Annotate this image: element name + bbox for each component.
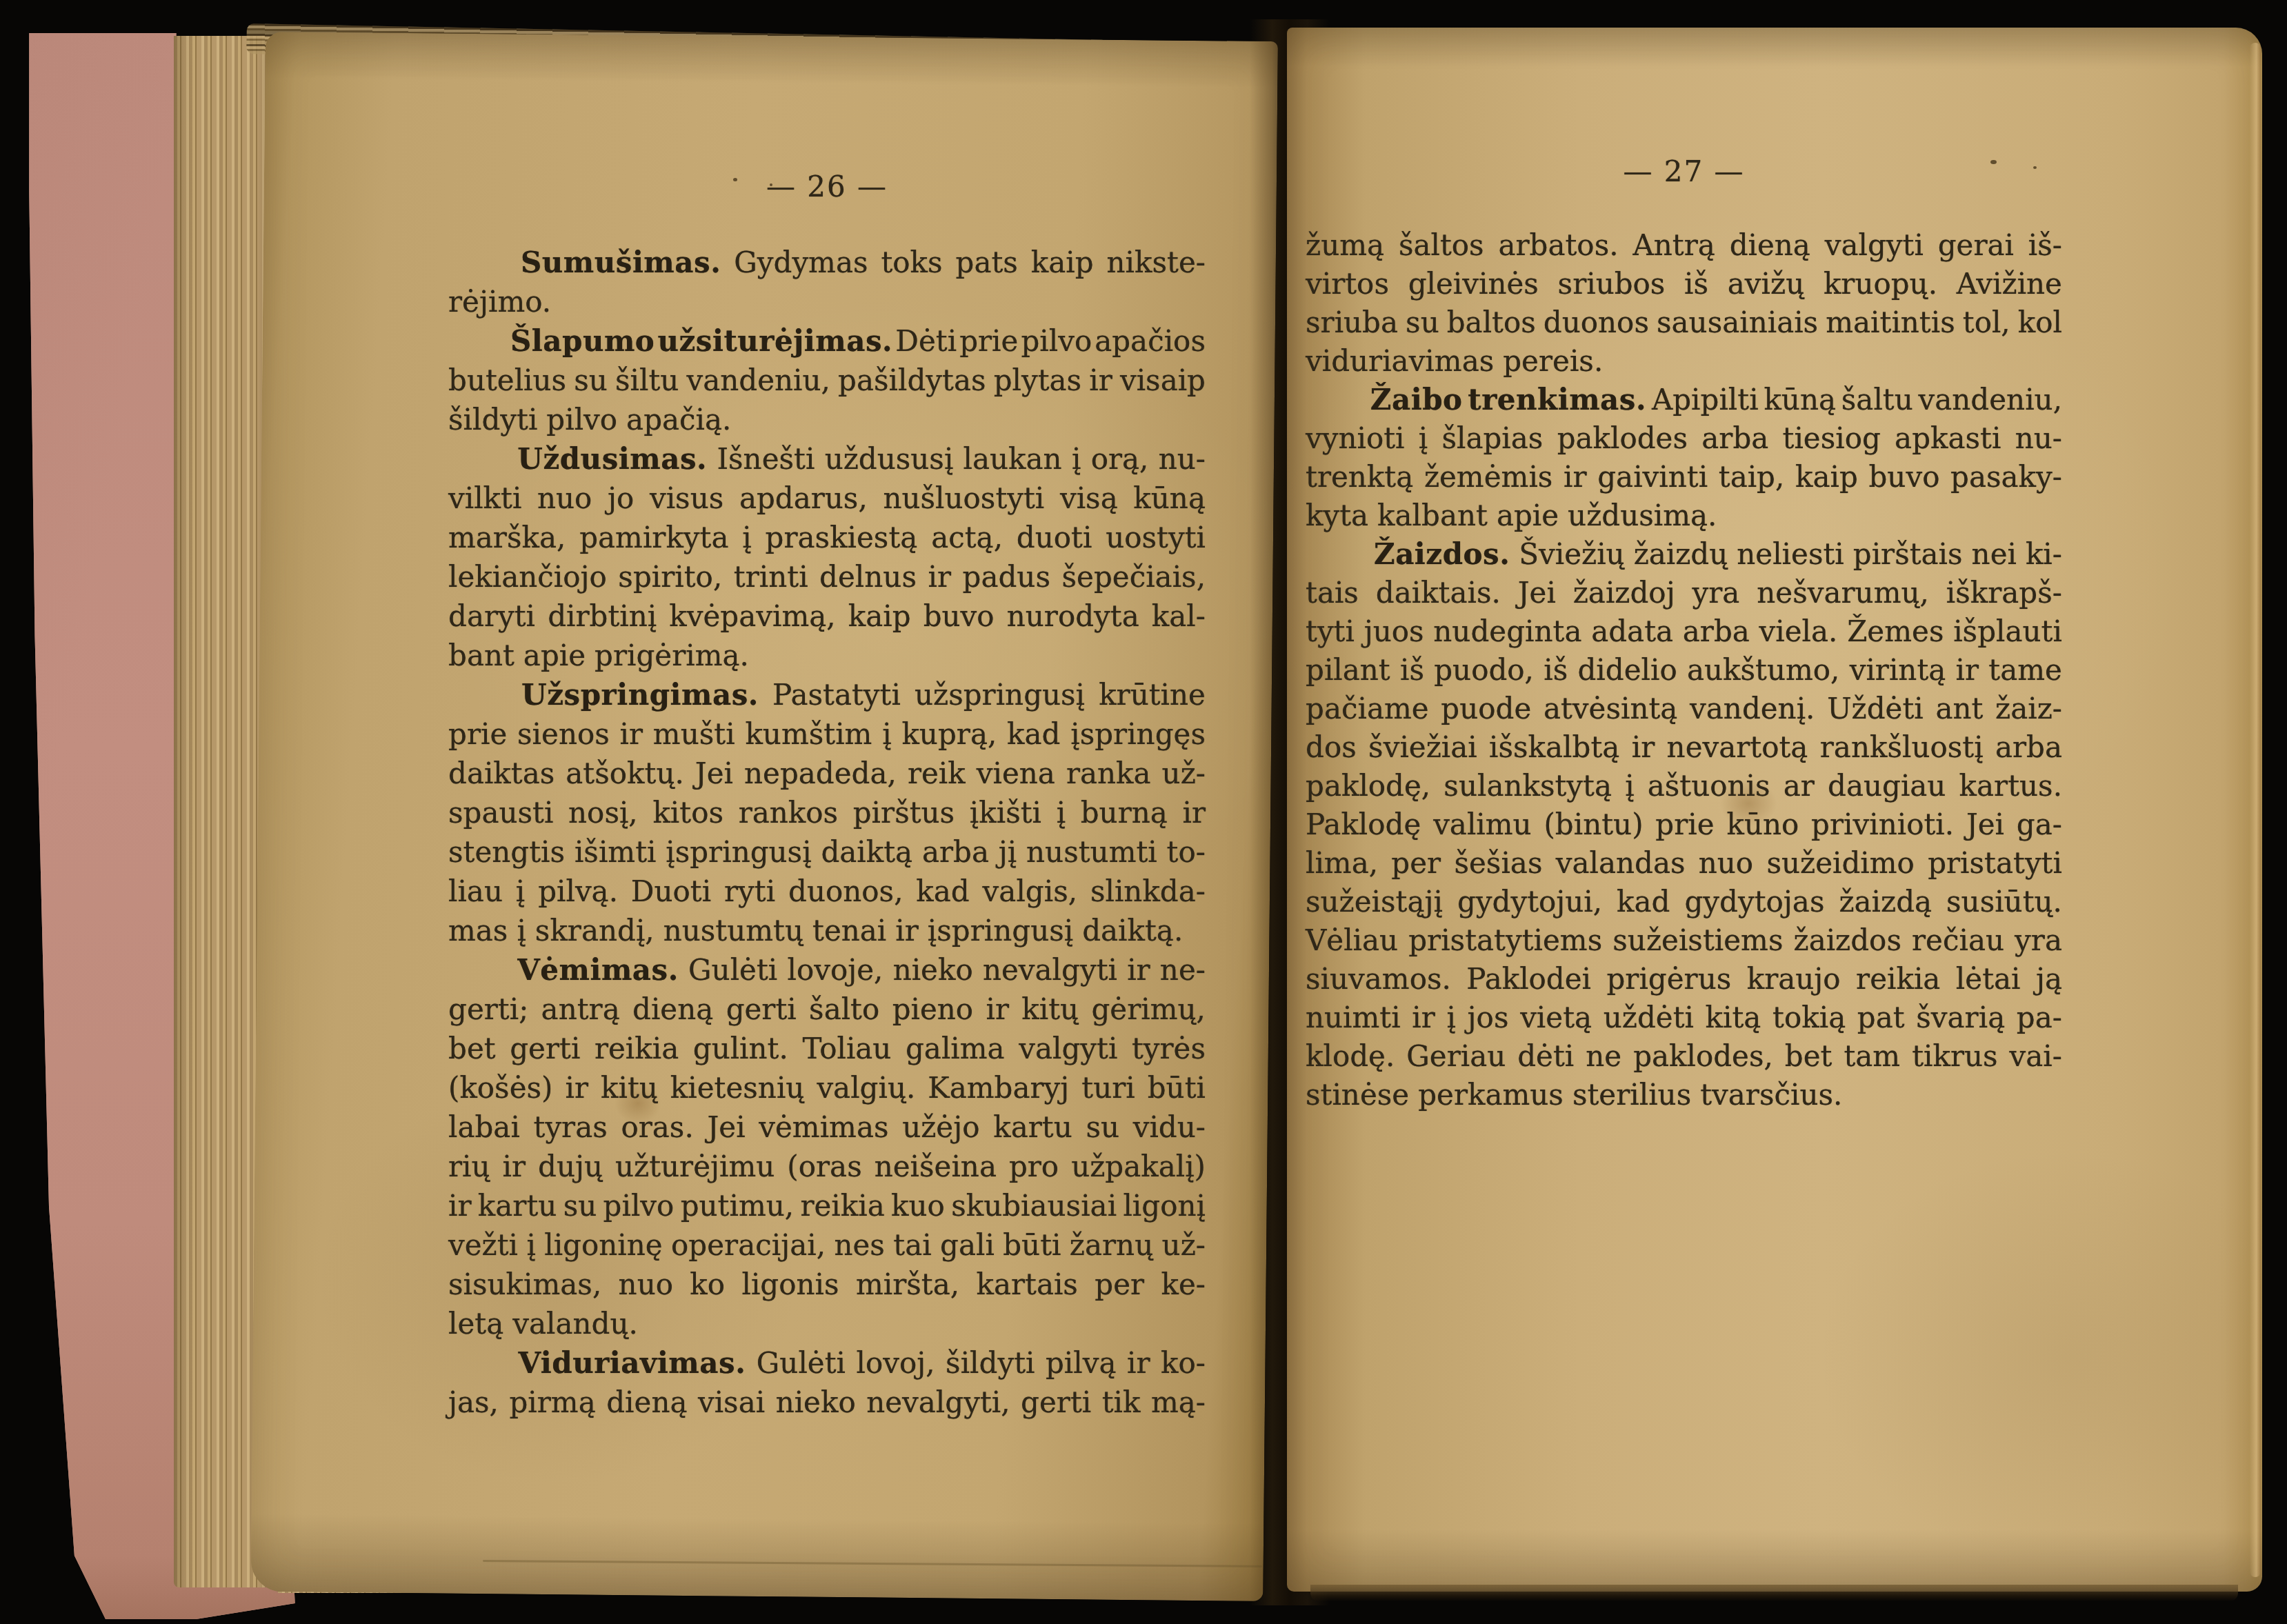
text-line: viduriavimaspereis. <box>1306 342 2062 381</box>
word: švarią <box>1916 999 2005 1037</box>
word: nu- <box>2015 419 2062 458</box>
word: kad <box>1617 883 1670 921</box>
word: sisukimas, <box>448 1265 601 1304</box>
word: apkasti <box>1895 419 2001 458</box>
word: kitų <box>1021 990 1079 1029</box>
word: daiktas <box>448 754 555 793</box>
word: ir <box>1632 728 1655 767</box>
word: gydytojui, <box>1457 883 1602 921</box>
word: kartais <box>976 1265 1077 1304</box>
paragraph-indent <box>448 950 508 990</box>
word: antrą <box>541 990 620 1029</box>
word: daiktą. <box>1082 911 1183 950</box>
text-line: pilantišpuodo,išdidelioaukštumo,virintąi… <box>1306 651 2062 690</box>
word: ją <box>2036 960 2062 999</box>
word: Gulėti <box>688 950 777 990</box>
paragraph-lead-word: trenkimas. <box>1468 381 1646 419</box>
word: prigėrus <box>1606 960 1731 999</box>
word: spirito, <box>618 557 722 597</box>
word: daiktą <box>821 832 912 872</box>
word: kartus. <box>1959 767 2062 805</box>
word: Paklodei <box>1466 960 1591 999</box>
word: marška, <box>448 518 566 557</box>
word: dieną <box>1730 226 1810 265</box>
word: būti <box>1148 1068 1206 1107</box>
text-line: taisdaiktais.Jeižaizdojyranešvarumų,iškr… <box>1306 574 2062 612</box>
word: aštuonis <box>1648 767 1770 805</box>
word: spausti <box>448 793 553 832</box>
word: šiltu <box>615 361 679 400</box>
word: prie <box>1655 805 1714 844</box>
word: avižų <box>1728 265 1804 303</box>
word: yra <box>2015 921 2062 960</box>
word: visus <box>650 479 723 518</box>
text-line: sisukimas,nuokoligonismiršta,kartaisperk… <box>448 1265 1206 1304</box>
word: reik <box>908 754 966 793</box>
text-line: marška,pamirkytaįpraskiestąactą,duotiuos… <box>448 518 1206 557</box>
left-page-text: Sumušimas.Gydymastokspatskaipnikste-rėji… <box>448 243 1206 1422</box>
word: šaltos <box>1399 226 1484 265</box>
word: baltos <box>1447 303 1536 342</box>
word: pieno <box>892 990 974 1029</box>
word: toks <box>881 243 942 282</box>
text-line: klodę.Geriaudėtinepaklodes,bettamtikrusv… <box>1306 1037 2062 1076</box>
word: per <box>1391 844 1441 883</box>
word: tenai <box>812 911 886 950</box>
word: valandas <box>1556 844 1686 883</box>
word: kitų <box>601 1068 658 1107</box>
word: virintą <box>1850 651 1946 690</box>
word: apie <box>523 636 586 675</box>
word: lėtai <box>1956 960 2021 999</box>
word: rių <box>448 1147 490 1186</box>
word: kal- <box>1152 597 1206 636</box>
word: valgių. <box>817 1068 915 1107</box>
word: vandeniu, <box>686 361 830 400</box>
word: lekiančiojo <box>448 557 607 597</box>
paragraph-lead-word: Sumušimas. <box>521 243 721 282</box>
word: nuo <box>1699 844 1753 883</box>
text-line: lima,peršešiasvalandasnuosužeidimoprista… <box>1306 844 2062 883</box>
word: užspringusį <box>915 675 1085 714</box>
word: liau <box>448 872 503 911</box>
word: tai <box>893 1225 931 1265</box>
word: į <box>1072 439 1081 479</box>
word: užturėjimu <box>615 1147 775 1186</box>
word: sienos <box>517 714 610 754</box>
text-line: jas,pirmądienąvisainiekonevalgyti,gertit… <box>448 1383 1206 1422</box>
word: gerai <box>1938 226 2014 265</box>
word: ir <box>1127 950 1150 990</box>
word: apačios <box>1095 321 1206 361</box>
word: vynioti <box>1306 419 1405 458</box>
word: pilvo <box>1021 321 1092 361</box>
text-line: darytidirbtinįkvėpavimą,kaipbuvonurodyta… <box>448 597 1206 636</box>
word: nepadeda, <box>744 754 897 793</box>
word: dos <box>1306 728 1357 767</box>
word: vandeniu, <box>1919 381 2062 419</box>
text-line: riųirdujųužturėjimu(orasneišeinaproužpak… <box>448 1147 1206 1186</box>
word: gerti <box>726 990 797 1029</box>
word: iškrapš- <box>1946 574 2062 612</box>
word: perkamus <box>1418 1076 1564 1114</box>
word: susiūtų. <box>1946 883 2062 921</box>
word: delnus <box>819 557 917 597</box>
word: į <box>1419 419 1428 458</box>
right-page-number: — 27 — <box>1306 154 2062 188</box>
word: adata <box>1591 612 1673 651</box>
word: jį <box>999 832 1017 872</box>
word: už- <box>1162 754 1206 793</box>
word: lima, <box>1306 844 1378 883</box>
word: Šviežių <box>1519 535 1624 574</box>
word: Žemes <box>1847 612 1944 651</box>
word: lovoj, <box>857 1343 935 1383</box>
paragraph-indent <box>448 321 508 361</box>
word: vai- <box>2010 1037 2062 1076</box>
word: pasaky- <box>1950 458 2062 497</box>
word: pamirkyta <box>579 518 728 557</box>
book-scan: — 26 — Sumušimas.Gydymastokspatskaipniks… <box>0 0 2287 1624</box>
word: su <box>1086 1107 1119 1147</box>
word: iš- <box>2028 226 2062 265</box>
word: bant <box>448 636 515 675</box>
word: ligonį <box>1123 1186 1206 1225</box>
text-line: vilktinuojovisusapdarus,nušluostytivisąk… <box>448 479 1206 518</box>
word: žaizdoj <box>1573 574 1675 612</box>
word: kartu <box>993 1107 1072 1147</box>
word: pirštus <box>853 793 955 832</box>
page-edges-right <box>2250 43 2261 1577</box>
word: ir <box>895 911 919 950</box>
text-line: žumąšaltosarbatos.Antrądienąvalgytigerai… <box>1306 226 2062 265</box>
word: valandų. <box>512 1304 638 1343</box>
word: ir <box>1127 1343 1150 1383</box>
text-line: Žaizdos.Šviežiųžaizdųneliestipirštaisnei… <box>1306 535 2062 574</box>
word: gaivinti <box>1597 458 1708 497</box>
word: yra <box>1692 574 1740 612</box>
word: žemėmis <box>1424 458 1552 497</box>
word: trenktą <box>1306 458 1413 497</box>
text-line: siuvamos.Paklodeiprigėruskraujoreikialėt… <box>1306 960 2062 999</box>
word: tam <box>1844 1037 1900 1076</box>
text-line: dosšviežiaiišskalbtąirnevartotąrankšluos… <box>1306 728 2062 767</box>
word: tame <box>1988 651 2062 690</box>
word: prie <box>448 714 507 754</box>
word: ligoninę <box>544 1225 662 1265</box>
word: sriubos <box>1558 265 1666 303</box>
word: žaizdų <box>1634 535 1728 574</box>
word: jas, <box>448 1383 499 1422</box>
word: uždėti <box>1604 999 1694 1037</box>
word: kūno <box>1726 805 1799 844</box>
word: duoti <box>1017 518 1092 557</box>
word: praskiestą <box>766 518 918 557</box>
word: užpakalį) <box>1071 1147 1206 1186</box>
text-line: Žaibotrenkimas.Apipiltikūnąšaltuvandeniu… <box>1306 381 2062 419</box>
word: nei <box>1972 535 2017 574</box>
word: į <box>516 872 525 911</box>
text-line: rėjimo. <box>448 282 1206 321</box>
paragraph-indent <box>448 1343 508 1383</box>
word: iš <box>1400 651 1424 690</box>
word: į <box>517 911 526 950</box>
word: ne <box>1586 1037 1621 1076</box>
word: orą, <box>1091 439 1149 479</box>
text-line: sužeistąjįgydytojui,kadgydytojasžaizdąsu… <box>1306 883 2062 921</box>
word: ir <box>565 1068 588 1107</box>
word: pereis. <box>1503 342 1603 381</box>
word: būti <box>1003 1225 1061 1265</box>
word: dieną <box>632 990 713 1029</box>
word: valgyti <box>1019 1029 1117 1068</box>
word: gali <box>940 1225 995 1265</box>
word: iš <box>1544 651 1568 690</box>
word: tais <box>1306 574 1359 612</box>
right-page-text: žumąšaltosarbatos.Antrądienąvalgytigerai… <box>1306 226 2062 1114</box>
word: tyras <box>534 1107 608 1147</box>
word: ir <box>448 1186 472 1225</box>
word: krūtine <box>1099 675 1206 714</box>
word: ir <box>620 714 643 754</box>
word: dėti <box>1517 1037 1574 1076</box>
word: ir <box>1089 361 1112 400</box>
word: viduriavimas <box>1306 342 1494 381</box>
text-line: priesienosirmuštikumštimįkuprą,kadįsprin… <box>448 714 1206 754</box>
word: turi <box>1081 1068 1135 1107</box>
word: Avižine <box>1957 265 2062 303</box>
word: gerti <box>1021 1383 1091 1422</box>
word: tikrus <box>1912 1037 1997 1076</box>
paragraph-lead-word: Užspringimas. <box>521 675 759 714</box>
word: mas <box>448 911 508 950</box>
text-line: bantapieprigėrimą. <box>448 636 1206 675</box>
word: kuo <box>891 1186 945 1225</box>
word: nieko <box>776 1383 856 1422</box>
word: Jei <box>695 754 733 793</box>
word: kaip <box>1031 243 1094 282</box>
word: Geriau <box>1406 1037 1506 1076</box>
word: kol <box>2018 303 2062 342</box>
word: ne- <box>1160 950 1206 990</box>
word: actą, <box>931 518 1003 557</box>
word: visą <box>1060 479 1118 518</box>
word: į <box>1625 767 1634 805</box>
text-line: letąvalandų. <box>448 1304 1206 1343</box>
word: kūną <box>1764 381 1836 419</box>
word: siuvamos. <box>1306 960 1451 999</box>
word: jos <box>1468 999 1509 1037</box>
word: stinėse <box>1306 1076 1409 1114</box>
paragraph-lead-word: Viduriavimas. <box>519 1343 746 1383</box>
text-line: irkartusupilvoputimu,reikiakuoskubiausia… <box>448 1186 1206 1225</box>
word: tik <box>1102 1383 1141 1422</box>
word: puode <box>1441 690 1531 728</box>
word: nuo <box>537 479 592 518</box>
word: paklodes, <box>1633 1037 1773 1076</box>
word: mą- <box>1151 1383 1206 1422</box>
word: šepečiais, <box>1062 557 1206 597</box>
word: nevalgyti, <box>866 1383 1010 1422</box>
word: prie <box>959 321 1018 361</box>
word: tvarsčius. <box>1700 1076 1842 1114</box>
word: valgyti <box>1825 226 1924 265</box>
word: Jei <box>1966 805 2004 844</box>
paragraph-lead-word: Žaibo <box>1370 381 1463 419</box>
word: šešias <box>1454 844 1542 883</box>
word: valimu <box>1433 805 1532 844</box>
word: visaip <box>1120 361 1206 400</box>
word: Pastatyti <box>772 675 901 714</box>
paragraph-lead-word: Vėmimas. <box>517 950 679 990</box>
word: pa- <box>2017 999 2062 1037</box>
word: pilvo <box>603 1186 675 1225</box>
word: dirbtinį <box>548 597 657 636</box>
word: kūną <box>1133 479 1206 518</box>
left-page-number: — 26 — <box>448 170 1206 203</box>
paragraph-lead-word: Šlapumo <box>510 321 655 361</box>
text-line: kytakalbantapieuždusimą. <box>1306 497 2062 535</box>
word: aukštumo, <box>1687 651 1839 690</box>
paragraph-indent <box>1306 535 1365 574</box>
word: reikia <box>1856 960 1940 999</box>
word: Duoti <box>631 872 711 911</box>
word: dujų <box>538 1147 603 1186</box>
paragraph-lead-word: Uždusimas. <box>517 439 707 479</box>
word: šildyti <box>448 400 537 439</box>
word: tokią <box>1772 999 1846 1037</box>
text-line: stinėseperkamussteriliustvarsčius. <box>1306 1076 2062 1114</box>
text-line: buteliussušiltuvandeniu,pašildytasplytas… <box>448 361 1206 400</box>
word: tol, <box>1963 303 2010 342</box>
word: duonos, <box>788 872 903 911</box>
word: kitos <box>652 793 723 832</box>
word: butelius <box>448 361 566 400</box>
word: per <box>1095 1265 1144 1304</box>
word: pilvo <box>546 400 617 439</box>
word: sausainiais <box>1657 303 1818 342</box>
word: įspringusį <box>928 911 1073 950</box>
word: įspringusį <box>666 832 811 872</box>
word: ko <box>690 1265 725 1304</box>
word: taip, <box>1719 458 1785 497</box>
word: tyrės <box>1132 1029 1206 1068</box>
word: prigėrimą. <box>595 636 749 675</box>
word: išimti <box>575 832 657 872</box>
word: pristatyti <box>1928 844 2062 883</box>
word: trinti <box>734 557 808 597</box>
word: rankšluostį <box>1820 728 1984 767</box>
word: padus <box>963 557 1050 597</box>
word: duonos <box>1544 303 1649 342</box>
word: šalto <box>809 990 879 1029</box>
text-line: virtosgleivinėssriubosišavižųkruopų.Aviž… <box>1306 265 2062 303</box>
word: į <box>1447 999 1456 1037</box>
word: ant <box>1935 690 1983 728</box>
word: lovoje, <box>787 950 883 990</box>
word: plytas <box>994 361 1082 400</box>
word: operacijai, <box>671 1225 826 1265</box>
word: daiktais. <box>1376 574 1501 612</box>
text-line: Paklodęvalimu(bintu)priekūnoprivinioti.J… <box>1306 805 2062 844</box>
word: pašildytas <box>838 361 986 400</box>
text-line: tytijuosnudegintaadataarbaviela.Žemesišp… <box>1306 612 2062 651</box>
word: nikste- <box>1107 243 1206 282</box>
text-line: nuimtiirįjosvietąuždėtikitątokiąpatšvari… <box>1306 999 2062 1037</box>
word: ryti <box>724 872 775 911</box>
word: maitintis <box>1826 303 1955 342</box>
word: klodę. <box>1306 1037 1395 1076</box>
word: skubiausiai <box>951 1186 1117 1225</box>
word: sulankstytą <box>1444 767 1612 805</box>
word: neliesti <box>1737 535 1844 574</box>
word: nustumtų <box>663 911 803 950</box>
word: miršta, <box>856 1265 959 1304</box>
word: išplauti <box>1953 612 2062 651</box>
word: ranka <box>1066 754 1151 793</box>
word: nes <box>834 1225 884 1265</box>
word: nuo <box>619 1265 673 1304</box>
text-line: Vėliaupristatytiemssužeistiemsžaizdosreč… <box>1306 921 2062 960</box>
word: žaizdą <box>1839 883 1932 921</box>
word: rečiau <box>1912 921 2004 960</box>
word: valgis, <box>983 872 1077 911</box>
text-line: trenktąžemėmisirgaivintitaip,kaipbuvopas… <box>1306 458 2062 497</box>
text-line: labaityrasoras.Jeivėmimasužėjokartusuvid… <box>448 1107 1206 1147</box>
word: įkišti <box>970 793 1041 832</box>
word: žaiz- <box>1995 690 2062 728</box>
word: viela. <box>1759 612 1838 651</box>
text-line: pačiamepuodeatvėsintąvandenį.Uždėtiantža… <box>1306 690 2062 728</box>
word: didelio <box>1577 651 1677 690</box>
word: už- <box>1162 1225 1206 1265</box>
word: ki- <box>2026 535 2062 574</box>
word: kvėpavimą, <box>669 597 835 636</box>
word: pilvą <box>1046 1343 1117 1383</box>
paragraph-indent <box>448 675 508 714</box>
word: reikia <box>800 1186 884 1225</box>
word: (košės) <box>448 1068 552 1107</box>
word: ko- <box>1161 1343 1206 1383</box>
word: gleivinės <box>1408 265 1539 303</box>
word: slinkda- <box>1090 872 1206 911</box>
word: Uždėti <box>1827 690 1924 728</box>
word: ir <box>503 1147 526 1186</box>
word: labai <box>448 1107 520 1147</box>
word: ke- <box>1161 1265 1206 1304</box>
word: arba <box>1995 728 2062 767</box>
word: uostyti <box>1106 518 1206 557</box>
word: pilant <box>1306 651 1390 690</box>
paragraph-lead-word: Žaizdos. <box>1374 535 1510 574</box>
word: su <box>1406 303 1439 342</box>
word: ir <box>1956 651 1979 690</box>
text-line: lekiančiojospirito,trintidelnusirpadusše… <box>448 557 1206 597</box>
text-line: Užspringimas.Pastatytiužspringusįkrūtine <box>448 675 1206 714</box>
word: gėrimų, <box>1091 990 1205 1029</box>
word: kad <box>916 872 969 911</box>
word: rankos <box>739 793 838 832</box>
word: su <box>574 361 608 400</box>
word: vidu- <box>1133 1107 1206 1147</box>
word: Apipilti <box>1652 381 1759 419</box>
word: nušluostyti <box>883 479 1044 518</box>
word: sužeistąjį <box>1306 883 1443 921</box>
word: oras. <box>621 1107 693 1147</box>
word: kraujo <box>1747 960 1841 999</box>
word: privinioti. <box>1811 805 1954 844</box>
word: nuimti <box>1306 999 1401 1037</box>
